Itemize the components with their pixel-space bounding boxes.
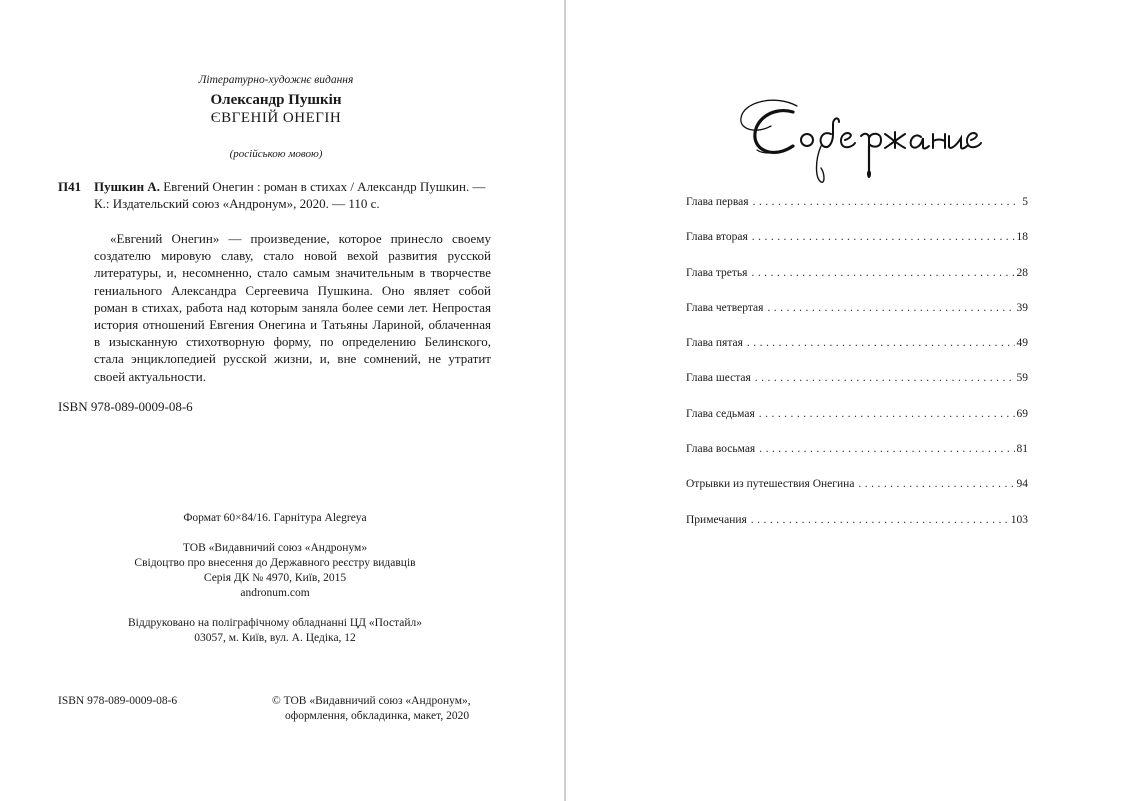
toc-entry-page: 81 (1017, 442, 1029, 457)
copyright-line: оформлення, обкладинка, макет, 2020 (272, 709, 471, 724)
format-line: Формат 60×84/16. Гарнітура Alegreya (0, 511, 564, 526)
copyright-notice: © ТОВ «Видавничий союз «Андронум», оформ… (272, 694, 471, 724)
publisher-line: ТОВ «Видавничий союз «Андронум» (0, 541, 564, 556)
genre-label: Літературно-художнє видання (0, 72, 564, 88)
catalog-code: П41 (58, 178, 81, 195)
annotation-text: «Евгений Онегин» — произведение, которое… (94, 230, 491, 385)
publisher-info: ТОВ «Видавничий союз «Андронум» Свідоцтв… (0, 541, 564, 601)
toc-entry[interactable]: Глава восьмая 81 (686, 442, 1028, 477)
toc-entry-page: 18 (1017, 230, 1029, 245)
publisher-website: andronum.com (0, 586, 564, 601)
toc-entry-label: Глава пятая (686, 336, 743, 351)
toc-entry-page: 69 (1017, 407, 1029, 422)
toc-entry-page: 94 (1017, 477, 1029, 492)
table-of-contents: Глава первая 5 Глава вторая 18 Глава тре… (686, 195, 1028, 548)
publisher-line: Серія ДК № 4970, Київ, 2015 (0, 571, 564, 586)
publisher-line: Свідоцтво про внесення до Державного реє… (0, 556, 564, 571)
toc-entry-label: Глава восьмая (686, 442, 755, 457)
toc-entry-page: 28 (1017, 266, 1029, 281)
book-title: ЄВГЕНІЙ ОНЕГІН (0, 109, 564, 127)
toc-entry[interactable]: Глава четвертая 39 (686, 301, 1028, 336)
toc-entry[interactable]: Отрывки из путешествия Онегина 94 (686, 477, 1028, 512)
toc-entry[interactable]: Глава вторая 18 (686, 230, 1028, 265)
author-name: Олександр Пушкін (0, 91, 564, 109)
isbn: ISBN 978-089-0009-08-6 (58, 398, 193, 415)
toc-entry-label: Глава четвертая (686, 301, 763, 316)
technical-info: Формат 60×84/16. Гарнітура Alegreya ТОВ … (0, 511, 564, 661)
printer-line: Віддруковано на поліграфічному обладнанн… (0, 616, 564, 631)
dot-leader (751, 513, 1009, 528)
dot-leader (767, 301, 1014, 316)
dot-leader (751, 266, 1014, 281)
catalog-author: Пушкин А. (94, 179, 160, 194)
toc-entry-page: 59 (1017, 371, 1029, 386)
contents-heading: Содержание (735, 90, 985, 190)
toc-entry-label: Глава третья (686, 266, 747, 281)
toc-entry[interactable]: Глава шестая 59 (686, 371, 1028, 406)
imprint-page: Літературно-художнє видання Олександр Пу… (0, 0, 564, 801)
toc-entry[interactable]: Глава третья 28 (686, 266, 1028, 301)
dot-leader (759, 442, 1014, 457)
dot-leader (755, 371, 1015, 386)
toc-entry-label: Глава шестая (686, 371, 751, 386)
dot-leader (759, 407, 1015, 422)
toc-entry-page: 49 (1017, 336, 1029, 351)
toc-entry[interactable]: Глава первая 5 (686, 195, 1028, 230)
toc-entry[interactable]: Глава седьмая 69 (686, 407, 1028, 442)
copyright-line: © ТОВ «Видавничий союз «Андронум», (272, 694, 471, 709)
toc-entry-page: 39 (1017, 301, 1029, 316)
toc-entry[interactable]: Примечания 103 (686, 513, 1028, 548)
catalog-description: Пушкин А. Евгений Онегин : роман в стиха… (94, 178, 498, 212)
toc-entry-label: Примечания (686, 513, 747, 528)
toc-entry-label: Глава седьмая (686, 407, 755, 422)
book-spread: Літературно-художнє видання Олександр Пу… (0, 0, 1129, 801)
dot-leader (752, 230, 1015, 245)
footer-isbn: ISBN 978-089-0009-08-6 (58, 694, 177, 709)
dot-leader (747, 336, 1015, 351)
toc-entry-label: Глава вторая (686, 230, 748, 245)
toc-entry[interactable]: Глава пятая 49 (686, 336, 1028, 371)
dot-leader (753, 195, 1021, 210)
toc-entry-label: Отрывки из путешествия Онегина (686, 477, 854, 492)
dot-leader (858, 477, 1014, 492)
toc-entry-label: Глава первая (686, 195, 749, 210)
language-note: (російською мовою) (0, 147, 564, 161)
printer-line: 03057, м. Київ, вул. А. Цедіка, 12 (0, 631, 564, 646)
toc-entry-page: 103 (1011, 513, 1028, 528)
printer-info: Віддруковано на поліграфічному обладнанн… (0, 616, 564, 646)
calligraphic-heading-icon (735, 90, 985, 190)
imprint-header: Літературно-художнє видання Олександр Пу… (0, 72, 564, 161)
catalog-entry: П41 Пушкин А. Евгений Онегин : роман в с… (58, 178, 498, 212)
toc-entry-page: 5 (1022, 195, 1028, 210)
